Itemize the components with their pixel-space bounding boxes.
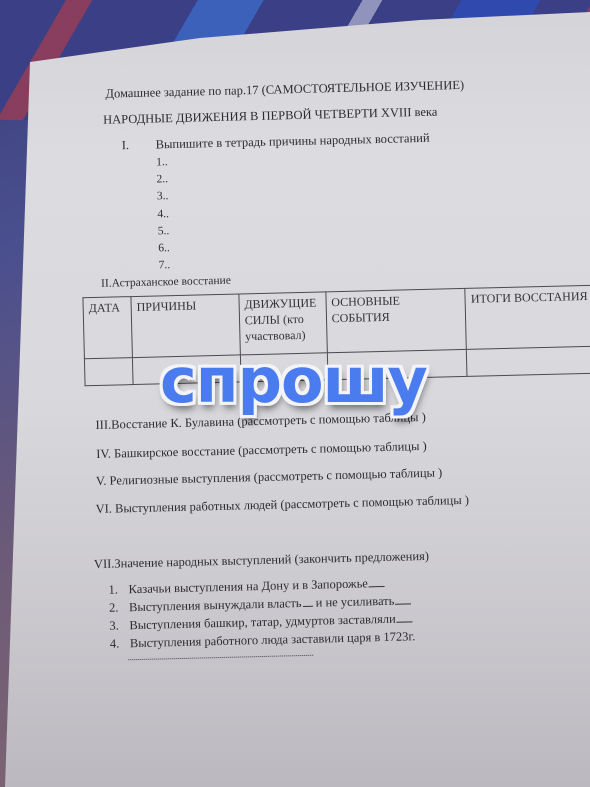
section7-item-text: Казачьи выступления на Дону и в Запорожь… [128, 576, 368, 596]
worksheet-title: НАРОДНЫЕ ДВИЖЕНИЯ В ПЕРВОЙ ЧЕТВЕРТИ XVII… [103, 105, 438, 128]
fill-in-blank [395, 603, 411, 604]
fill-in-blank [397, 621, 413, 622]
dotted-answer-line [128, 655, 313, 661]
list-item: 3.. [157, 190, 169, 202]
section6-text: VI. Выступления работных людей (рассмотр… [95, 493, 469, 517]
section7-item-text: и не усиливать [315, 594, 394, 610]
section7-item-num: 3. [109, 618, 119, 633]
table-header-date: ДАТА [83, 297, 132, 359]
table-cell [467, 346, 590, 376]
section7-item-text: Выступления башкир, татар, удмуртов заст… [129, 612, 396, 633]
section1-numeral: I. [122, 138, 130, 153]
homework-header: Домашнее задание по пар.17 (САМОСТОЯТЕЛЬ… [105, 78, 464, 102]
table-cell [84, 358, 133, 386]
table-header-results: ИТОГИ ВОССТАНИЯ [465, 285, 590, 349]
section7-item-num: 1. [108, 583, 118, 598]
section2-title: II.Астраханское восстание [101, 275, 231, 290]
list-item: 2.. [156, 173, 168, 185]
section4-text: IV. Башкирское восстание (рассмотреть с … [96, 439, 427, 462]
list-item: 6.. [158, 242, 170, 254]
list-item: 4.. [157, 208, 169, 220]
section5-text: V. Религиозные выступления (рассмотреть … [96, 466, 443, 489]
section7-item-num: 2. [109, 601, 119, 616]
fill-in-blank [303, 606, 313, 607]
list-item: 5.. [158, 225, 170, 237]
list-item: 1.. [156, 156, 168, 168]
fill-in-blank [369, 586, 385, 587]
section7-title: VII.Значение народных выступлений (закон… [94, 549, 429, 572]
list-item: 7.. [159, 259, 171, 271]
section7-item-text: Выступления вынуждали власть [129, 596, 302, 614]
section1-instruction: Выпишите в тетрадь причины народных восс… [156, 131, 430, 153]
overlay-sticker-text: спрошу [160, 350, 427, 412]
section7-item-num: 4. [110, 636, 120, 651]
section7-item-text: Выступления работного люда заставили цар… [130, 629, 416, 651]
